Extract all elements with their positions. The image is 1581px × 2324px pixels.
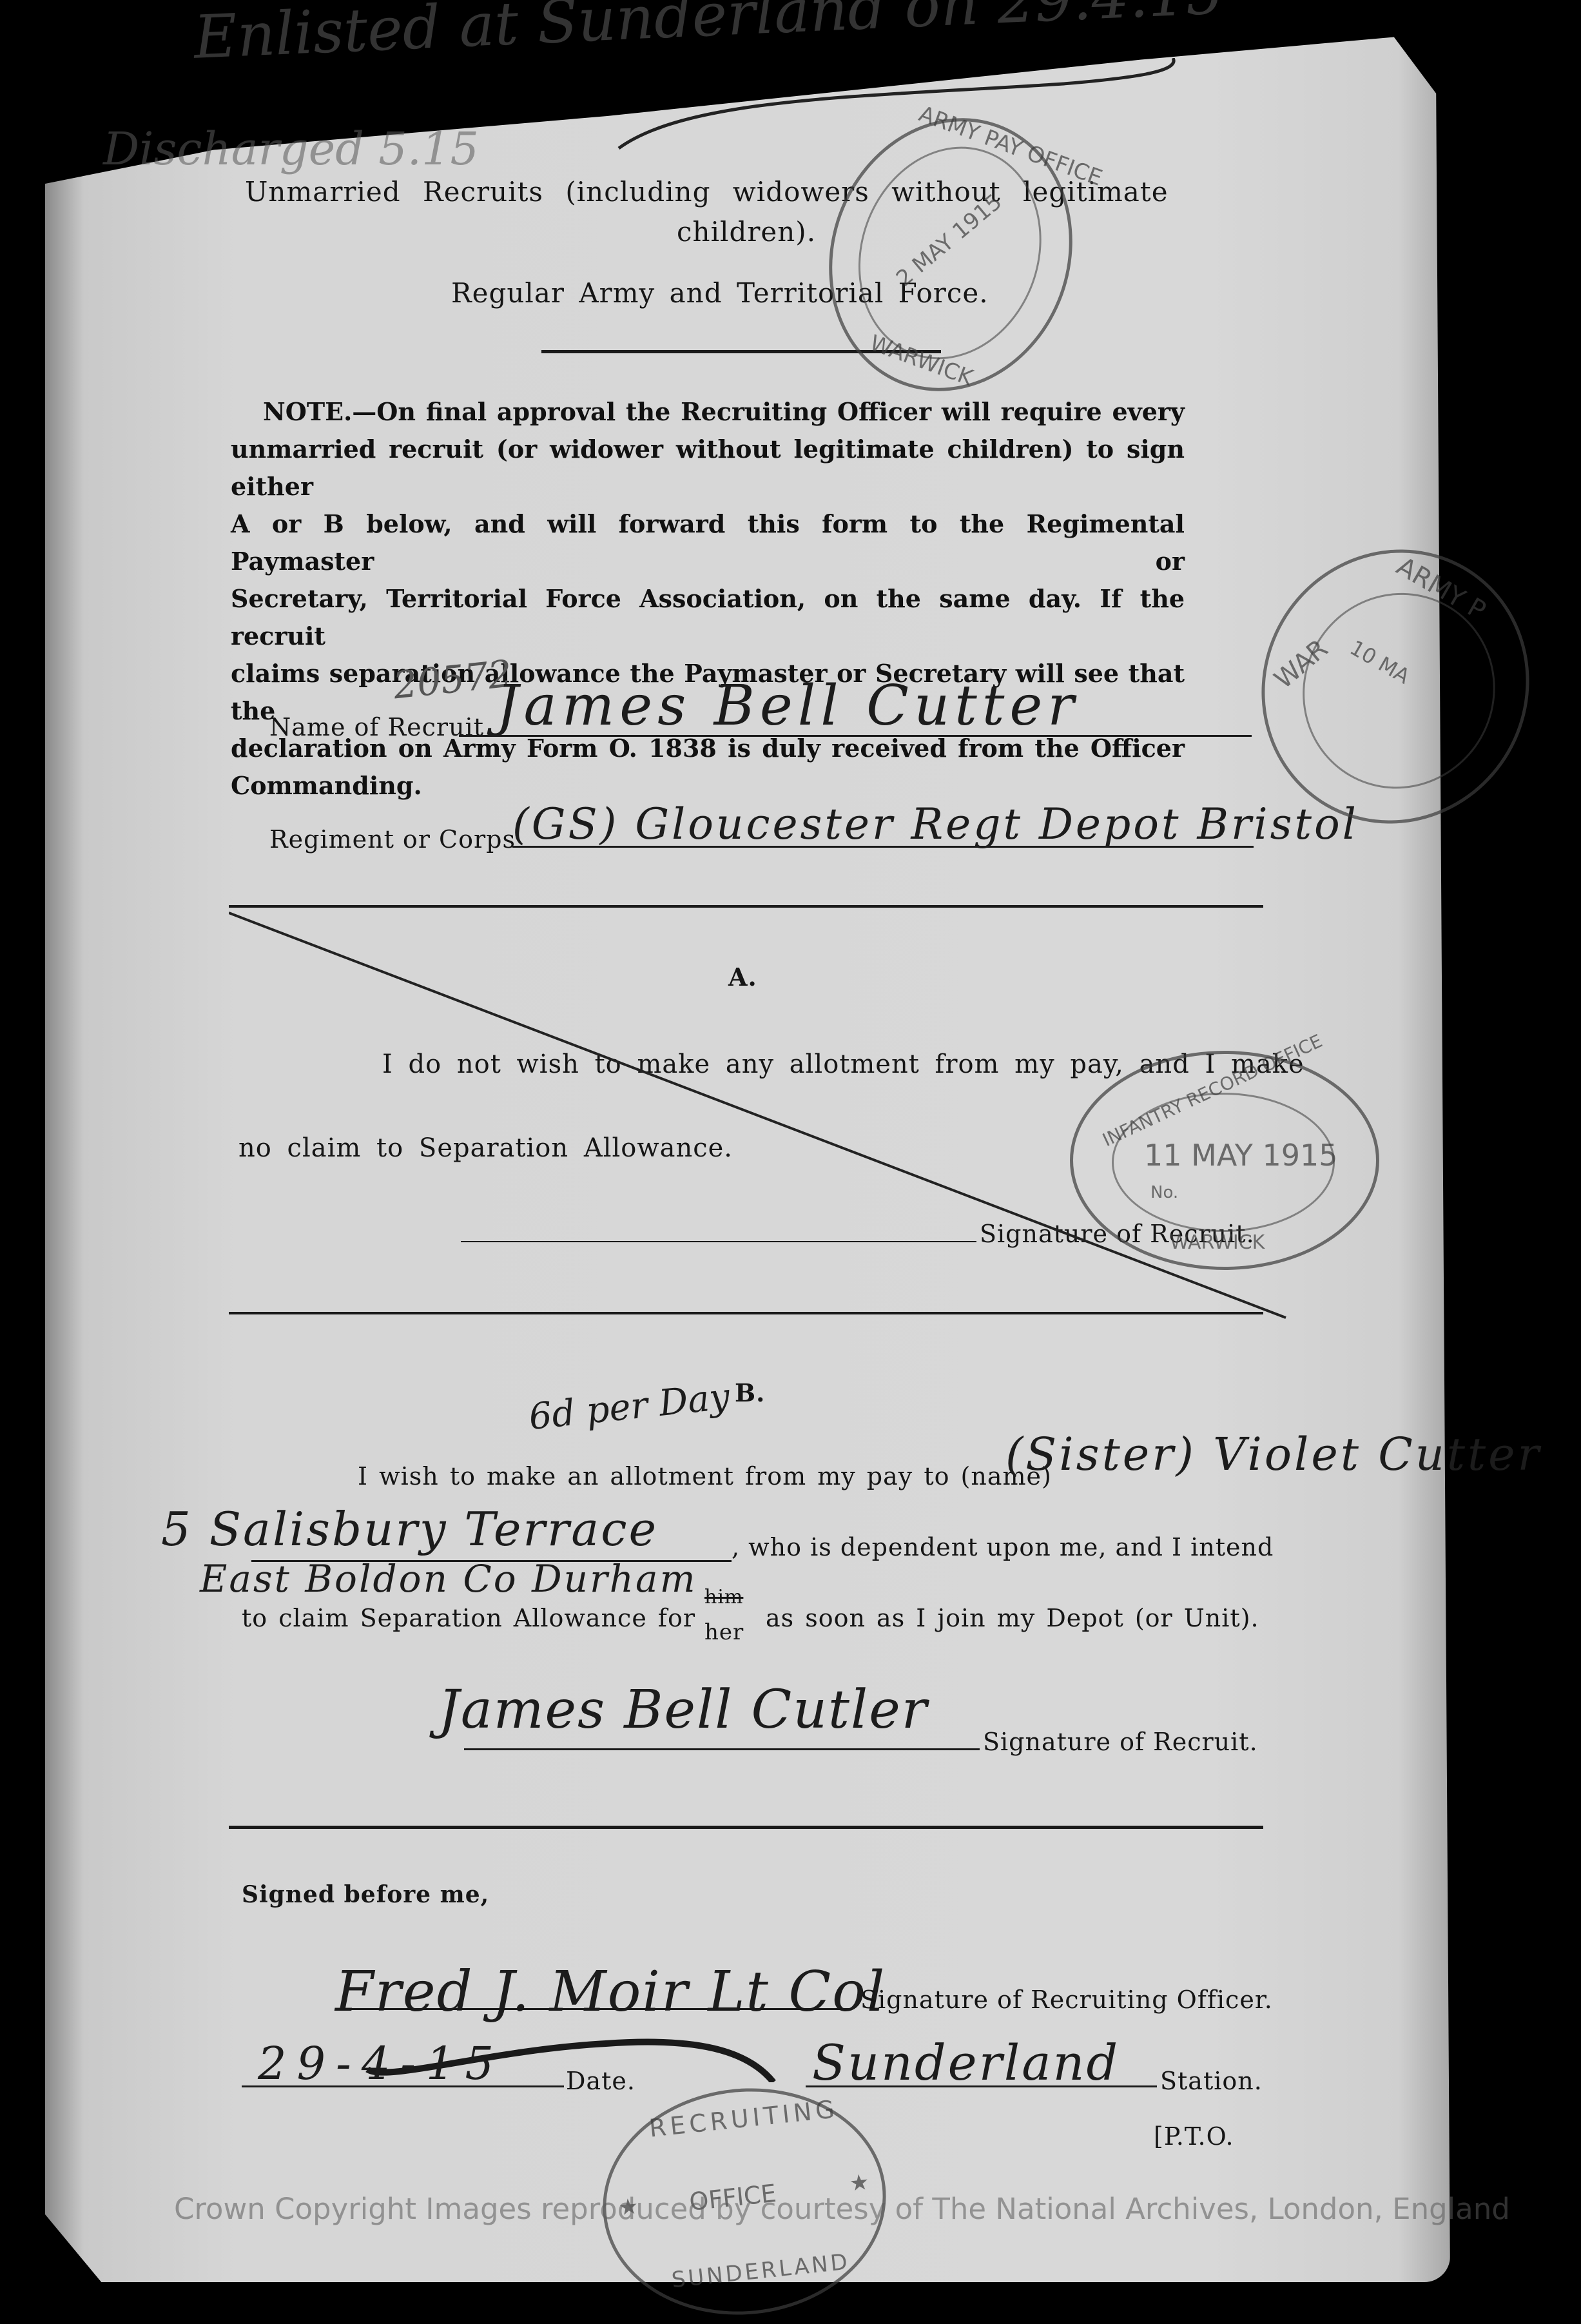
section-divider-bottom [229, 1826, 1263, 1829]
date-field: 29-4-15 [258, 2037, 504, 2090]
payee-field: (Sister) Violet Cutter [1005, 1428, 1542, 1481]
section-b-signature-label: Signature of Recruit. [983, 1728, 1258, 1756]
stamp-bottom-text: SUNDERLAND [670, 2249, 851, 2294]
regiment-field: (GS) Gloucester Regt Depot Bristol [512, 799, 1359, 849]
section-b-line3-suffix: as soon as I join my Depot (or Unit). [766, 1604, 1259, 1632]
copyright-watermark: Crown Copyright Images reproduced by cou… [174, 2192, 1510, 2226]
officer-signature-line [335, 2008, 851, 2010]
station-field-line [806, 2085, 1157, 2087]
section-b-signature-line [464, 1748, 980, 1750]
section-b-signature-field: James Bell Cutler [438, 1679, 928, 1741]
form-title-line2: children). [677, 216, 816, 248]
pronoun-her: her [704, 1619, 744, 1645]
section-b-line3-prefix: to claim Separation Allowance for [242, 1604, 695, 1632]
address-line2: East Boldon Co Durham [200, 1557, 697, 1601]
station-label: Station. [1160, 2067, 1263, 2095]
section-b-line2: , who is dependent upon me, and I intend [732, 1533, 1274, 1561]
infantry-record-office-stamp: INFANTRY RECORD OFFICE 11 MAY 1915 No. W… [1070, 1051, 1379, 1270]
note-block: NOTE.—On final approval the Recruiting O… [231, 393, 1185, 805]
name-field: James Bell Cutter [496, 674, 1079, 738]
stamp-date-text: 11 MAY 1915 [1144, 1138, 1338, 1173]
section-b-line1: I wish to make an allotment from my pay … [358, 1462, 1052, 1490]
note-line: unmarried recruit (or widower without le… [231, 431, 1185, 505]
pencil-note: Discharged 5.15 [103, 122, 479, 175]
note-line: A or B below, and will forward this form… [231, 505, 1185, 580]
stamp-no-text: No. [1150, 1183, 1178, 1202]
pronoun-struck: him [704, 1586, 743, 1608]
signed-before-label: Signed before me, [242, 1881, 489, 1908]
section-b-heading: B. [735, 1378, 765, 1407]
station-field: Sunderland [812, 2034, 1120, 2091]
regiment-label: Regiment or Corps [269, 825, 516, 854]
address-line1: 5 Salisbury Terrace [161, 1502, 658, 1556]
note-line: Secretary, Territorial Force Association… [231, 580, 1185, 655]
date-label: Date. [566, 2067, 635, 2095]
stamp-place-text: WARWICK [1170, 1231, 1265, 1254]
name-label: Name of Recruit [269, 713, 484, 741]
note-line: NOTE.—On final approval the Recruiting O… [231, 393, 1185, 431]
pto-label: [P.T.O. [1154, 2122, 1234, 2151]
date-field-line [242, 2085, 564, 2087]
officer-signature-label: Signature of Recruiting Officer. [860, 1986, 1273, 2014]
